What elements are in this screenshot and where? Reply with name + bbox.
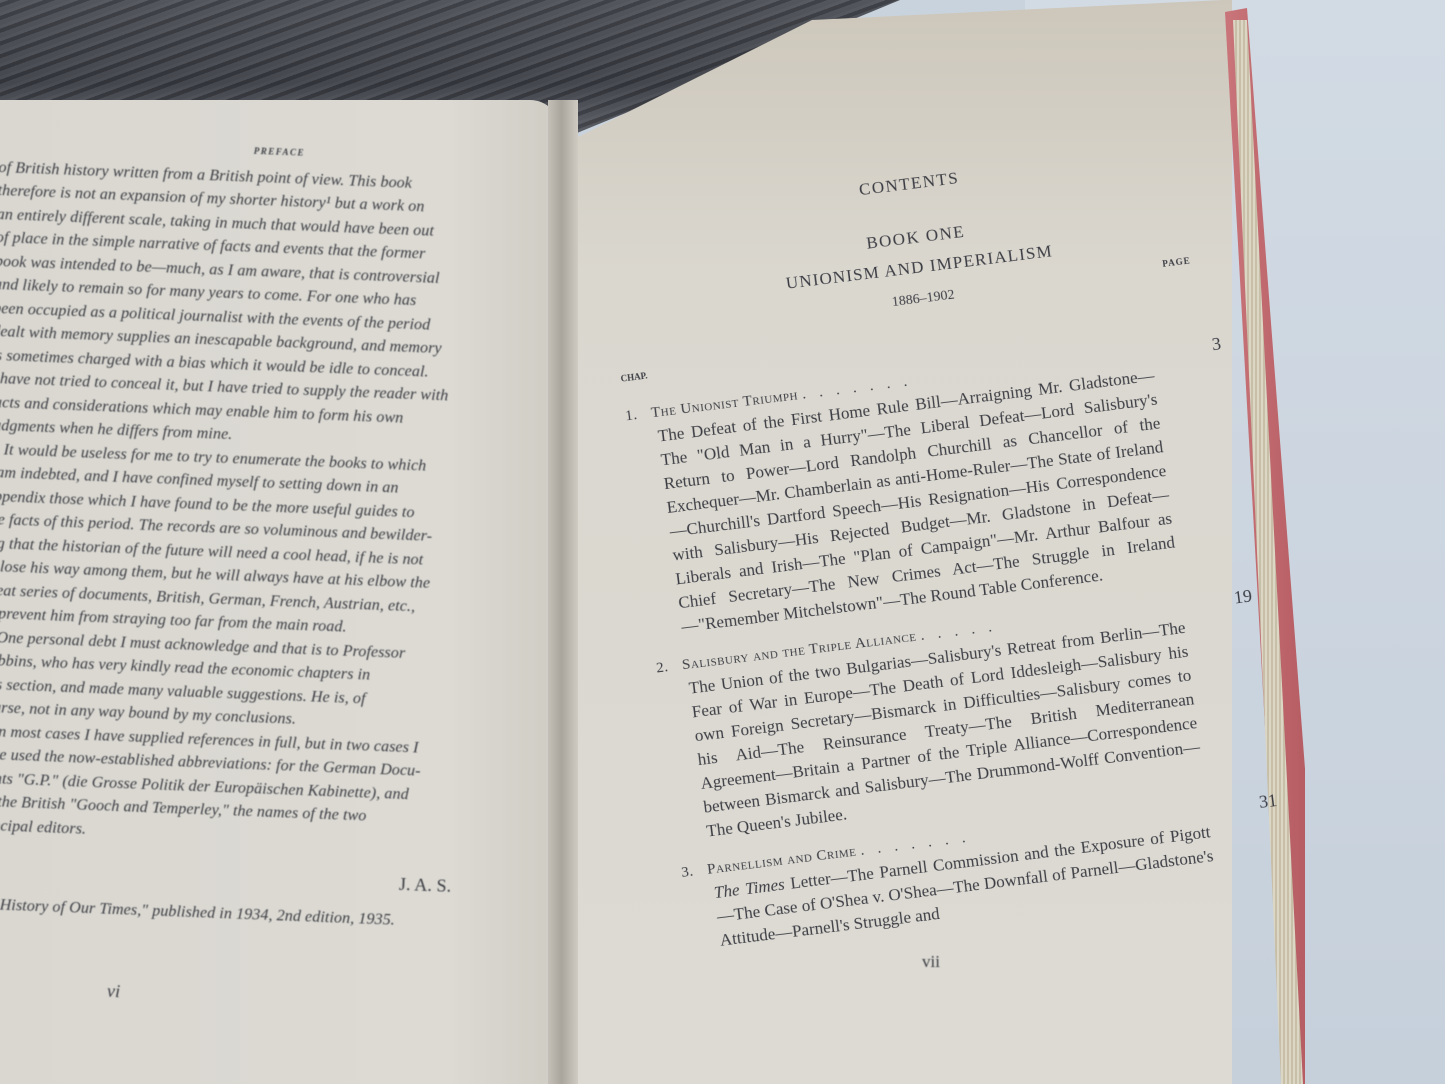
signature: J. A. S. <box>0 856 492 899</box>
chapter-number: 2. <box>655 653 684 680</box>
chapter-page: 31 <box>1258 788 1279 814</box>
preface-body: of British history written from a Britis… <box>0 155 519 856</box>
book-gutter <box>548 100 578 1084</box>
page-number-right: vii <box>922 952 940 972</box>
chapter-number: 1. <box>624 401 653 428</box>
chapter-page: 19 <box>1233 584 1254 610</box>
page-number-left: vi <box>107 980 121 1004</box>
preface-text: PREFACE of British history written from … <box>0 130 520 935</box>
contents-page: CONTENTS BOOK ONE UNIONISM AND IMPERIALI… <box>600 134 1307 956</box>
chapter-number: 3. <box>680 858 709 885</box>
page-column-header: PAGE <box>1161 248 1192 275</box>
